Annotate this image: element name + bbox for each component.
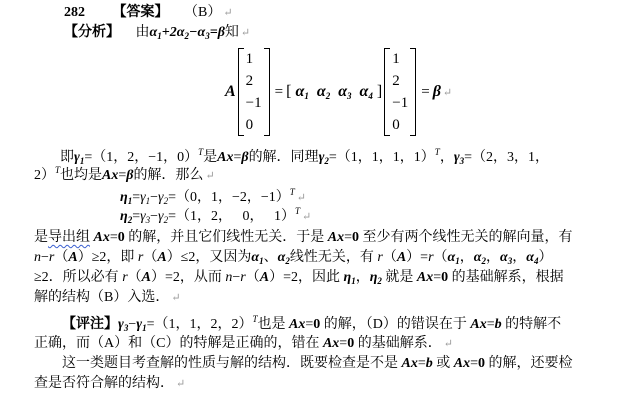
intro-equation: α1+2α2−α3=β (150, 25, 225, 40)
answer-line: 282 【答案】 （B）↵ (64, 2, 233, 23)
comment-tag: 【评注】 (62, 316, 118, 332)
paragraph-mark-icon: ↵ (171, 292, 180, 304)
analysis-intro: 【分析】 由α1+2α2−α3=β知↵ (64, 22, 250, 43)
paragraph-mark-icon: ↵ (444, 338, 453, 350)
gamma-line-2: 2）T也均是Ax=β的解．那么↵ (34, 166, 215, 186)
paragraph-mark-icon: ↵ (302, 211, 311, 223)
para-line-1: 是导出组 Ax=0 的解，并且它们线性无关．于是 Ax=0 至少有两个线性无关的… (34, 228, 573, 248)
equals-sign: = (421, 84, 429, 101)
vector-entry: 1 (246, 51, 262, 68)
vector-entry: 0 (392, 117, 408, 134)
paragraph-mark-icon: ↵ (205, 170, 214, 182)
left-bracket (384, 48, 390, 136)
right-bracket (410, 48, 416, 136)
column-vector-left: 1 2 −1 0 (238, 46, 270, 138)
problem-number: 282 (64, 5, 85, 20)
analysis-tag: 【分析】 (64, 24, 120, 40)
vector-entry: −1 (392, 95, 408, 112)
left-bracket (238, 48, 244, 136)
vector-entry: 2 (392, 73, 408, 90)
gamma-line-1: 即γ1=（1，2，−1，0）T是Ax=β的解．同理γ2=（1，1，1，1）T，γ… (60, 148, 549, 168)
comment-closing: 查是否符合解的结构． (34, 376, 174, 391)
answer-value: （B） (184, 5, 221, 20)
equals-sign: = (275, 84, 283, 101)
paragraph-mark-icon: ↵ (241, 27, 250, 39)
paragraph-mark-icon: ↵ (443, 86, 452, 99)
answer-tag: 【答案】 (113, 4, 169, 20)
row-matrix: [α1α2α3α4] (286, 83, 382, 101)
eta-1-equation: η1=γ1−γ2=（0，1，−2，−1）T↵ (120, 188, 306, 208)
para-line-3: ≥2．所以必有 r（A）=2，从而 n−r（A）=2，因此 η1，η2 就是 A… (34, 268, 564, 288)
column-vector-right: 1 2 −1 0 (384, 46, 416, 138)
matrix-equation: A 1 2 −1 0 = [α1α2α3α4] 1 2 −1 0 = β↵ (225, 44, 452, 140)
vector-entry: −1 (246, 95, 262, 112)
matrix-A: A (225, 83, 236, 101)
vector-entry: 0 (246, 117, 262, 134)
comment-line-2: 正确，而（A）和（C）的特解是正确的，错在 Ax=0 的基础解系．↵ (34, 334, 453, 354)
comment-line-1: 【评注】γ3−γ1=（1，1，2，2）T也是 Ax=0 的解，（D）的错误在于 … (62, 314, 561, 335)
vector-entry: 2 (246, 73, 262, 90)
para-line-4: 解的结构（B）入选．↵ (34, 288, 181, 308)
para-line-2: n−r（A）≥2，即 r（A）≤2，又因为α1、α2线性无关，有 r（A）=r（… (34, 248, 553, 268)
conclusion-text: 解的结构（B）入选． (34, 290, 169, 305)
paragraph-mark-icon: ↵ (297, 192, 306, 204)
beta-symbol: β (433, 83, 441, 101)
intro-prefix: 由 (136, 24, 150, 40)
right-bracket (264, 48, 270, 136)
paragraph-mark-icon: ↵ (223, 7, 232, 19)
eta-2-equation: η2=γ3−γ2=（1，2， 0， 1）T↵ (120, 207, 311, 227)
comment-line-3: 这一类题目考查解的性质与解的结构．既要检查是不是 Ax=b 或 Ax=0 的解，… (62, 354, 573, 374)
paragraph-mark-icon: ↵ (176, 378, 185, 390)
intro-suffix: 知 (225, 24, 239, 40)
comment-line-4: 查是否符合解的结构．↵ (34, 374, 185, 394)
vector-entry: 1 (392, 51, 408, 68)
